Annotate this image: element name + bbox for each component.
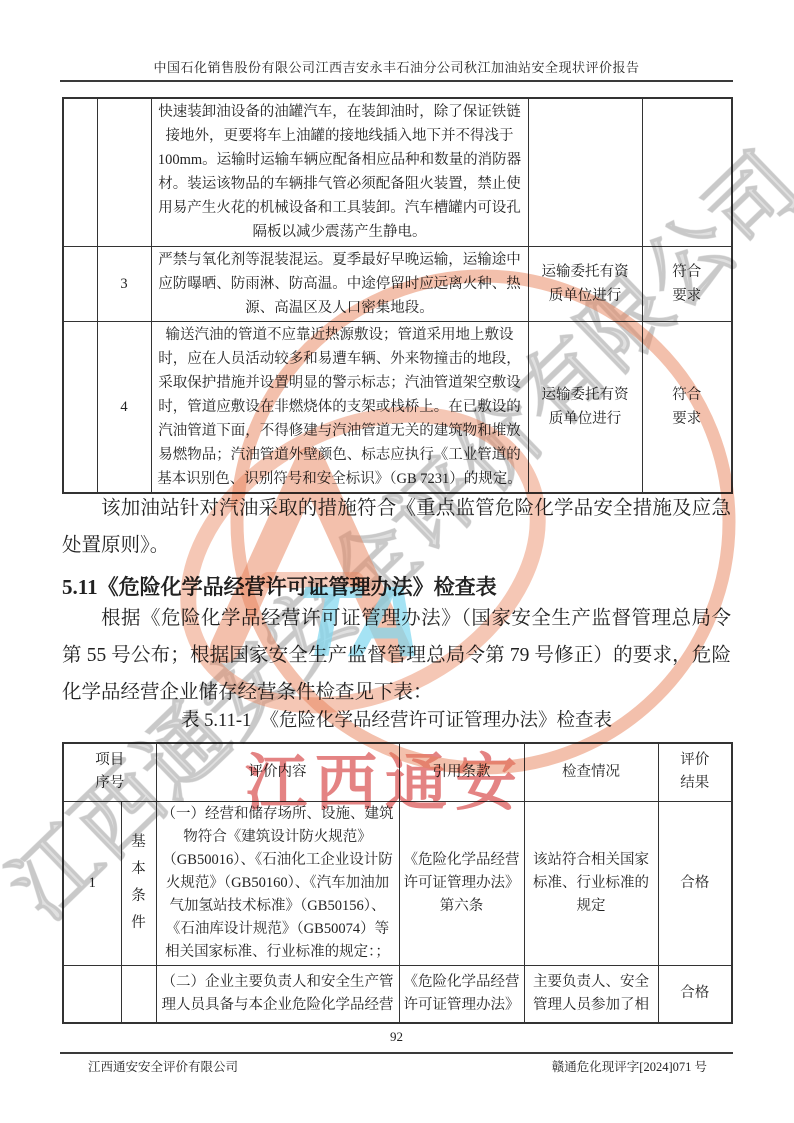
footer-document-number: 赣通危化现评字[2024]071 号	[552, 1057, 707, 1075]
check-cell	[528, 98, 642, 246]
seq-cell: 3	[97, 246, 151, 321]
category-cell	[121, 965, 156, 1023]
content-cell: 输送汽油的管道不应靠近热源敷设；管道采用地上敷设时，应在人员活动较多和易遭车辆、…	[151, 321, 528, 493]
footer-divider	[60, 1052, 733, 1054]
check-cell: 运输委托有资质单位进行	[528, 321, 642, 493]
table-header-row: 项目 序号 评价内容 引用条款 检查情况 评价 结果	[63, 743, 732, 801]
header-content: 评价内容	[156, 743, 399, 801]
table-caption: 表 5.11-1 《危险化学品经营许可证管理办法》检查表	[62, 706, 731, 732]
section-paragraph: 根据《危险化学品经营许可证管理办法》（国家安全生产监督管理总局令第 55 号公布…	[62, 600, 731, 711]
content-cell: （一）经营和储存场所、设施、建筑物符合《建筑设计防火规范》（GB50016）、《…	[156, 801, 399, 965]
check-cell: 该站符合相关国家标准、行业标准的规定	[524, 801, 658, 965]
seq-cell	[63, 965, 121, 1023]
table-row: 4 输送汽油的管道不应靠近热源敷设；管道采用地上敷设时，应在人员活动较多和易遭车…	[63, 321, 732, 493]
item-cell	[63, 321, 97, 493]
clause-cell: 《危险化学品经营许可证管理办法》	[399, 965, 524, 1023]
transport-measures-table: 快速装卸油设备的油罐汽车，在装卸油时，除了保证铁链接地外，更要将车上油罐的接地线…	[62, 97, 733, 494]
report-page: 中国石化销售股份有限公司江西吉安永丰石油分公司秋江加油站安全现状评价报告 快速装…	[0, 0, 794, 1123]
category-cell: 基本条件	[121, 801, 156, 965]
result-cell	[642, 98, 732, 246]
license-checklist-table: 项目 序号 评价内容 引用条款 检查情况 评价 结果 1 基本条件 （一）经营和…	[62, 742, 733, 1024]
header-item-seq: 项目 序号	[63, 743, 156, 801]
table-row: 快速装卸油设备的油罐汽车，在装卸油时，除了保证铁链接地外，更要将车上油罐的接地线…	[63, 98, 732, 246]
seq-cell: 4	[97, 321, 151, 493]
content-cell: （二）企业主要负责人和安全生产管理人员具备与本企业危险化学品经营	[156, 965, 399, 1023]
clause-cell: 《危险化学品经营许可证管理办法》第六条	[399, 801, 524, 965]
table-row: 3 严禁与氧化剂等混装混运。夏季最好早晚运输，运输途中应防曝晒、防雨淋、防高温。…	[63, 246, 732, 321]
content-cell: 快速装卸油设备的油罐汽车，在装卸油时，除了保证铁链接地外，更要将车上油罐的接地线…	[151, 98, 528, 246]
check-cell: 主要负责人、安全管理人员参加了相	[524, 965, 658, 1023]
category-label: 基本条件	[131, 829, 147, 937]
section-heading: 5.11《危险化学品经营许可证管理办法》检查表	[62, 572, 731, 602]
item-cell	[63, 98, 97, 246]
footer-company-name: 江西通安安全评价有限公司	[88, 1057, 238, 1075]
table-row: （二）企业主要负责人和安全生产管理人员具备与本企业危险化学品经营 《危险化学品经…	[63, 965, 732, 1023]
content-cell: 严禁与氧化剂等混装混运。夏季最好早晚运输，运输途中应防曝晒、防雨淋、防高温。中途…	[151, 246, 528, 321]
header-clause: 引用条款	[399, 743, 524, 801]
result-cell: 合格	[658, 801, 732, 965]
result-cell: 符合 要求	[642, 246, 732, 321]
conclusion-paragraph: 该加油站针对汽油采取的措施符合《重点监管危险化学品安全措施及应急处置原则》。	[62, 490, 731, 564]
check-cell: 运输委托有资质单位进行	[528, 246, 642, 321]
page-number: 92	[62, 1029, 731, 1045]
header-divider	[60, 80, 733, 82]
header-result: 评价 结果	[658, 743, 732, 801]
table-row: 1 基本条件 （一）经营和储存场所、设施、建筑物符合《建筑设计防火规范》（GB5…	[63, 801, 732, 965]
item-cell	[63, 246, 97, 321]
page-header-title: 中国石化销售股份有限公司江西吉安永丰石油分公司秋江加油站安全现状评价报告	[62, 57, 731, 76]
result-cell: 合格	[658, 965, 732, 1023]
seq-cell	[97, 98, 151, 246]
header-check: 检查情况	[524, 743, 658, 801]
result-cell: 符合 要求	[642, 321, 732, 493]
seq-cell: 1	[63, 801, 121, 965]
